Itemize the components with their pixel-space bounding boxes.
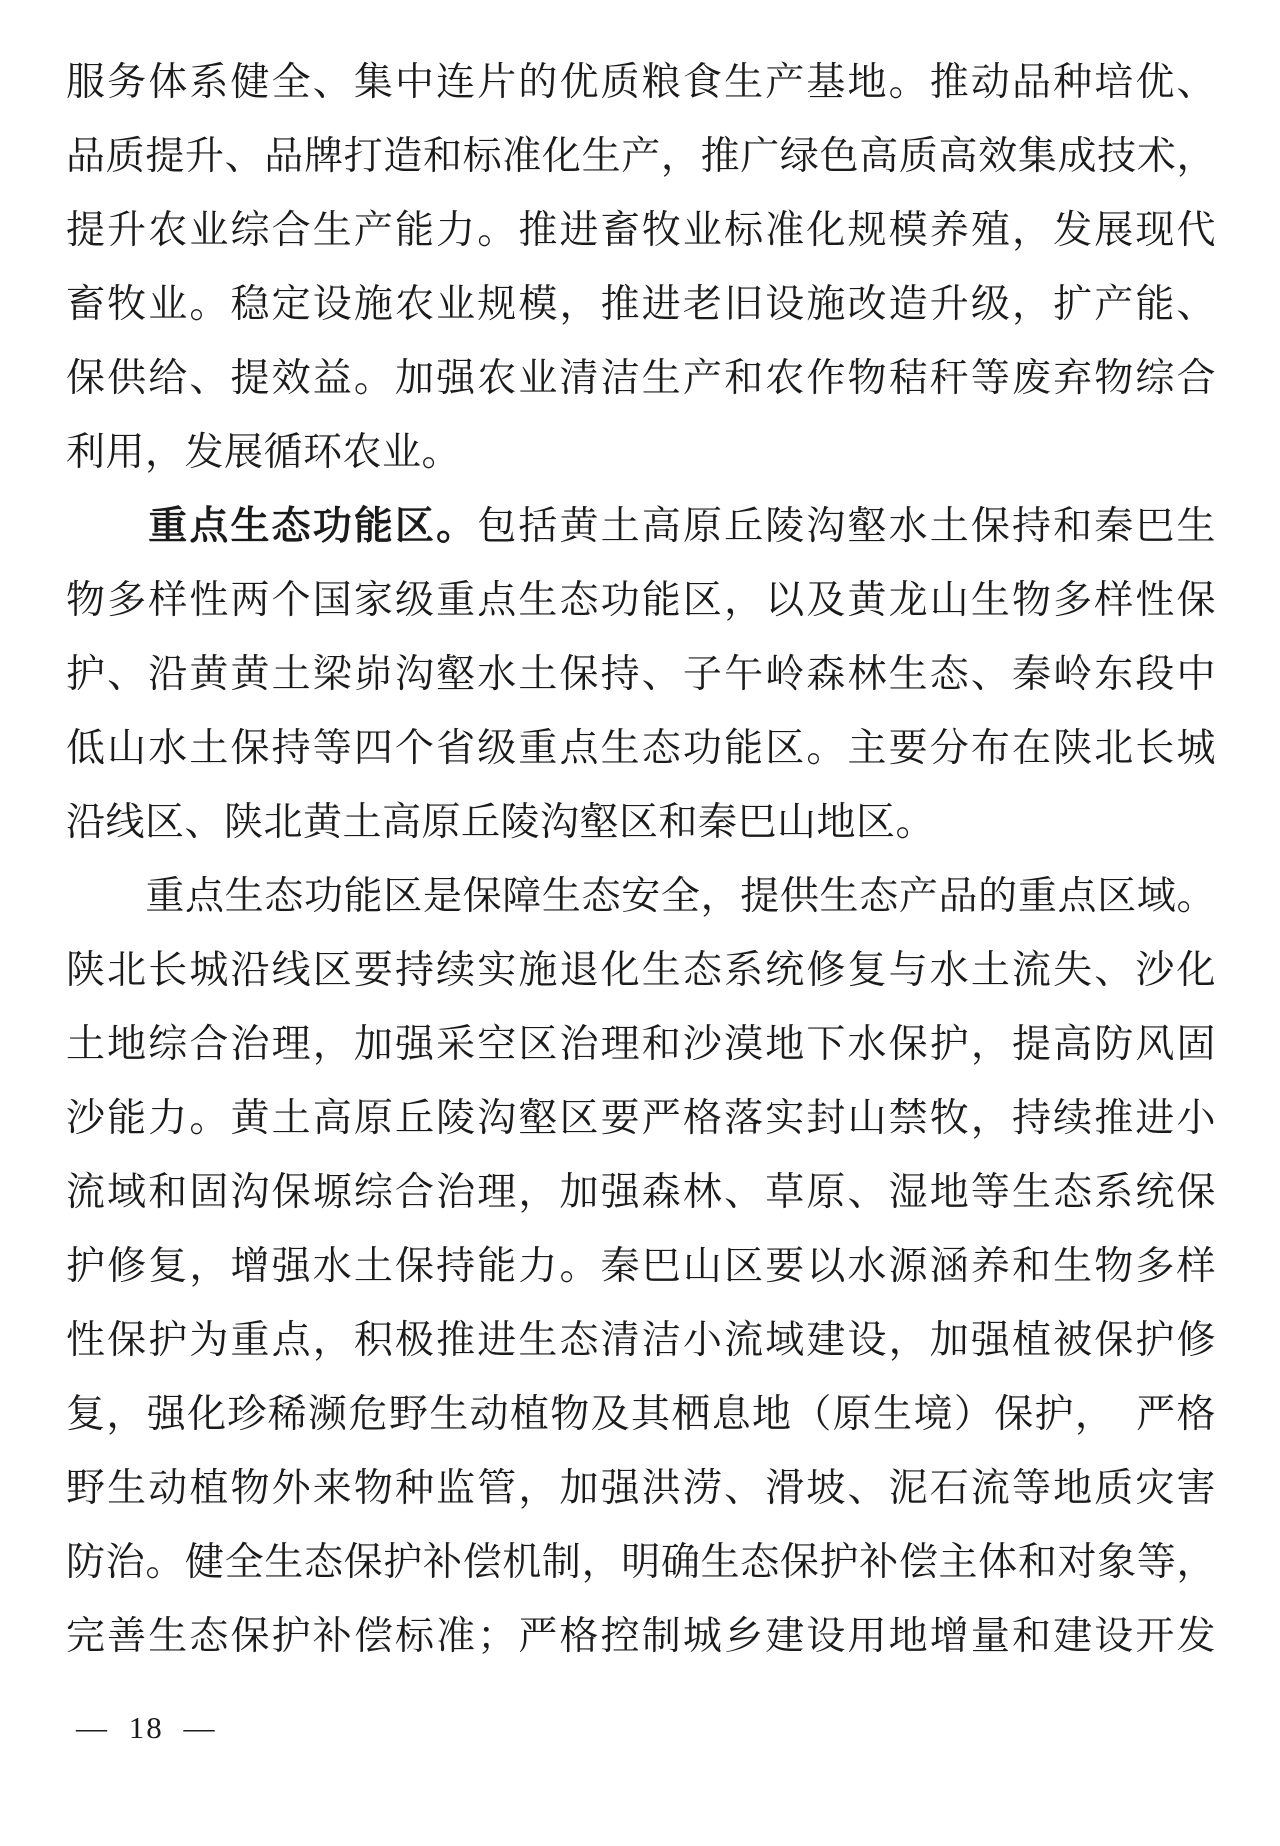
text-line: 流域和固沟保塬综合治理，加强森林、草原、湿地等生态系统保 (66, 1156, 1216, 1230)
text-line: 品质提升、品牌打造和标准化生产，推广绿色高质高效集成技术， (66, 120, 1216, 194)
paragraph: 重点生态功能区是保障生态安全，提供生态产品的重点区域。 陕北长城沿线区要持续实施… (66, 860, 1216, 1674)
text-line: 提升农业综合生产能力。推进畜牧业标准化规模养殖，发展现代 (66, 194, 1216, 268)
text-line: 保供给、提效益。加强农业清洁生产和农作物秸秆等废弃物综合 (66, 342, 1216, 416)
text-line: 重点生态功能区。包括黄土高原丘陵沟壑水土保持和秦巴生 (66, 490, 1216, 564)
text-line: 沙能力。黄土高原丘陵沟壑区要严格落实封山禁牧，持续推进小 (66, 1082, 1216, 1156)
page-number: — 18 — (76, 1710, 217, 1745)
text-line: 野生动植物外来物种监管，加强洪涝、滑坡、泥石流等地质灾害 (66, 1452, 1216, 1526)
text-line: 土地综合治理，加强采空区治理和沙漠地下水保护，提高防风固 (66, 1008, 1216, 1082)
text-line: 畜牧业。稳定设施农业规模，推进老旧设施改造升级，扩产能、 (66, 268, 1216, 342)
text-line: 护修复，增强水土保持能力。秦巴山区要以水源涵养和生物多样 (66, 1230, 1216, 1304)
text-line: 性保护为重点，积极推进生态清洁小流域建设，加强植被保护修 (66, 1304, 1216, 1378)
text-run: 包括黄土高原丘陵沟壑水土保持和秦巴生 (477, 505, 1216, 548)
text-line: 复，强化珍稀濒危野生动植物及其栖息地（原生境）保护， 严格 (66, 1378, 1216, 1452)
page-footer: — 18 — (76, 1708, 217, 1748)
text-line: 防治。健全生态保护补偿机制，明确生态保护补偿主体和对象等， (66, 1526, 1216, 1600)
document-body: 服务体系健全、集中连片的优质粮食生产基地。推动品种培优、 品质提升、品牌打造和标… (66, 46, 1216, 1674)
text-line: 利用，发展循环农业。 (66, 416, 1216, 490)
section-heading: 重点生态功能区。 (66, 505, 477, 548)
paragraph: 重点生态功能区。包括黄土高原丘陵沟壑水土保持和秦巴生 物多样性两个国家级重点生态… (66, 490, 1216, 860)
text-line: 物多样性两个国家级重点生态功能区，以及黄龙山生物多样性保 (66, 564, 1216, 638)
paragraph: 服务体系健全、集中连片的优质粮食生产基地。推动品种培优、 品质提升、品牌打造和标… (66, 46, 1216, 490)
document-page: 服务体系健全、集中连片的优质粮食生产基地。推动品种培优、 品质提升、品牌打造和标… (0, 0, 1280, 1846)
text-line: 低山水土保持等四个省级重点生态功能区。主要分布在陕北长城 (66, 712, 1216, 786)
text-line: 服务体系健全、集中连片的优质粮食生产基地。推动品种培优、 (66, 46, 1216, 120)
text-line: 护、沿黄黄土梁峁沟壑水土保持、子午岭森林生态、秦岭东段中 (66, 638, 1216, 712)
text-line: 沿线区、陕北黄土高原丘陵沟壑区和秦巴山地区。 (66, 786, 1216, 860)
text-line: 重点生态功能区是保障生态安全，提供生态产品的重点区域。 (66, 860, 1216, 934)
text-line: 完善生态保护补偿标准；严格控制城乡建设用地增量和建设开发 (66, 1600, 1216, 1674)
text-line: 陕北长城沿线区要持续实施退化生态系统修复与水土流失、沙化 (66, 934, 1216, 1008)
